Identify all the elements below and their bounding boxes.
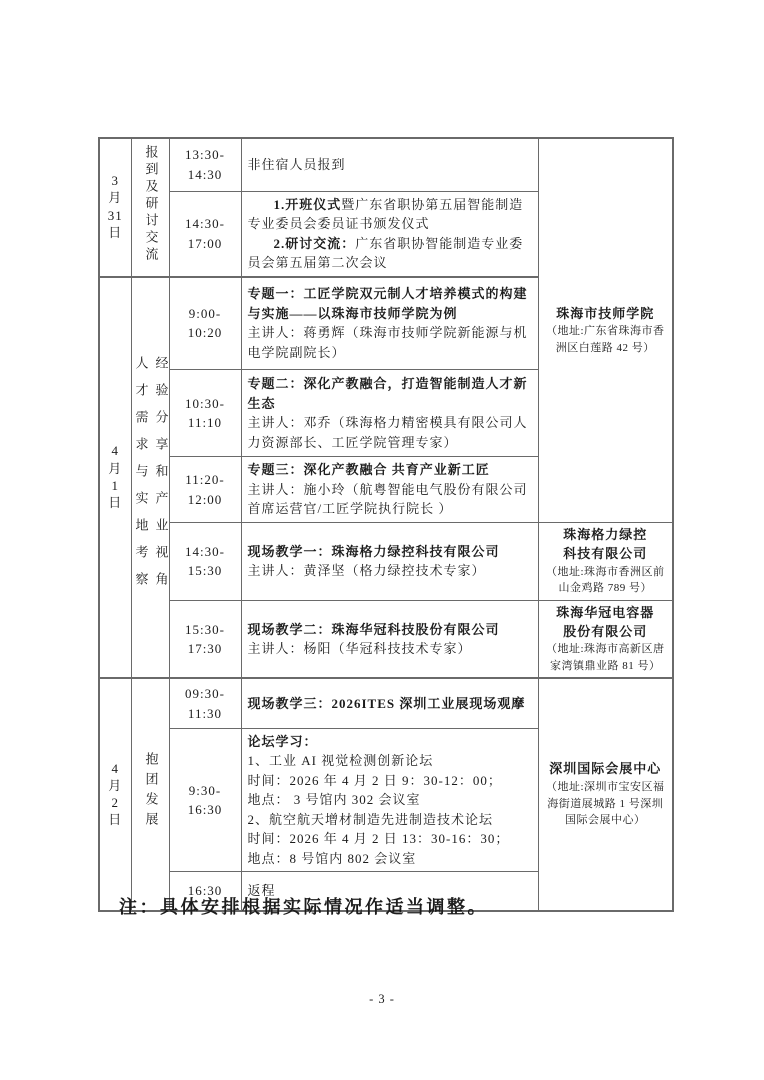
time-cell: 10:30-11:10: [169, 370, 241, 457]
forum-line: 2、航空航天增材制造先进制造技术论坛: [248, 810, 532, 830]
venue-cell-huaguan-capacitor: 珠海华冠电容器 股份有限公司 （地址:珠海市高新区唐家湾镇鼎业路 81 号）: [538, 600, 673, 678]
category-vertical-text: 报到及研讨交流: [143, 145, 158, 264]
activity-speaker: 主讲人：黄泽坚（格力绿控技术专家）: [248, 561, 532, 581]
category-vertical-text: 人才需求与实地考察: [133, 356, 148, 599]
date-cell-apr1: 4 月 1 日: [99, 277, 131, 679]
date-part: 月: [108, 191, 122, 205]
category-vertical-text: 经验分享和产业视角: [153, 356, 168, 599]
date-part: 4: [112, 444, 120, 458]
date-part: 1: [112, 479, 120, 493]
date-part: 日: [108, 813, 122, 827]
activity-title: 专题一：工匠学院双元制人才培养模式的构建与实施——以珠海市技师学院为例: [248, 284, 532, 323]
time-cell: 15:30-17:30: [169, 600, 241, 678]
activity-item-lead: 1.开班仪式: [274, 197, 342, 212]
activity-title: 现场教学三：2026ITES 深圳工业展现场观摩: [248, 694, 532, 714]
venue-name: 深圳国际会展中心: [545, 760, 667, 779]
activity-text: 非住宿人员报到: [248, 155, 532, 175]
activity-item: 2.研讨交流：广东省职协智能制造专业委员会第五届第二次会议: [248, 234, 532, 273]
time-cell: 14:30-17:00: [169, 191, 241, 277]
venue-name: 珠海市技师学院: [545, 305, 667, 324]
forum-line: 时间：2026 年 4 月 2 日 13：30-16：30；: [248, 829, 532, 849]
activity-title: 现场教学二：珠海华冠科技股份有限公司: [248, 620, 532, 640]
activity-cell: 现场教学三：2026ITES 深圳工业展现场观摩: [241, 678, 538, 728]
activity-title: 现场教学一：珠海格力绿控科技有限公司: [248, 542, 532, 562]
activity-cell: 现场教学二：珠海华冠科技股份有限公司 主讲人：杨阳（华冠科技技术专家）: [241, 600, 538, 678]
forum-line: 地点： 3 号馆内 302 会议室: [248, 790, 532, 810]
forum-line: 时间：2026 年 4 月 2 日 9：30-12：00；: [248, 771, 532, 791]
activity-cell: 专题三：深化产教融合 共育产业新工匠 主讲人：施小玲（航粤智能电气股份有限公司首…: [241, 457, 538, 523]
category-cell-registration: 报到及研讨交流: [131, 138, 169, 277]
venue-name: 珠海格力绿控 科技有限公司: [545, 526, 667, 564]
activity-title: 专题三：深化产教融合 共育产业新工匠: [248, 460, 532, 480]
document-page: 3 月 31 日 报到及研讨交流 13:30-14:30 非住宿人员报到 珠海市…: [0, 0, 764, 1080]
time-cell: 14:30-15:30: [169, 523, 241, 601]
note-text: 注：具体安排根据实际情况作适当调整。: [119, 893, 679, 919]
activity-cell: 现场教学一：珠海格力绿控科技有限公司 主讲人：黄泽坚（格力绿控技术专家）: [241, 523, 538, 601]
category-cell-group-development: 抱团发展: [131, 678, 169, 911]
time-cell: 11:20-12:00: [169, 457, 241, 523]
date-part: 31: [108, 209, 123, 223]
time-cell: 13:30-14:30: [169, 138, 241, 191]
activity-cell: 1.开班仪式暨广东省职协第五届智能制造专业委员会委员证书颁发仪式 2.研讨交流：…: [241, 191, 538, 277]
venue-cell-shenzhen-convention-center: 深圳国际会展中心 （地址:深圳市宝安区福海街道展城路 1 号深圳国际会展中心）: [538, 678, 673, 911]
category-columns: 人才需求与实地考察 经验分享和产业视角: [138, 356, 163, 599]
activity-cell: 专题二：深化产教融合，打造智能制造人才新生态 主讲人：邓乔（珠海格力精密模具有限…: [241, 370, 538, 457]
date-part: 月: [108, 779, 122, 793]
venue-address: （地址:珠海市高新区唐家湾镇鼎业路 81 号）: [545, 641, 667, 674]
date-part: 3: [112, 174, 120, 188]
category-cell-experience-sharing: 人才需求与实地考察 经验分享和产业视角: [131, 277, 169, 679]
venue-address: （地址:广东省珠海市香洲区白莲路 42 号）: [545, 323, 667, 356]
activity-speaker: 主讲人：施小玲（航粤智能电气股份有限公司首席运营官/工匠学院执行院长 ）: [248, 480, 532, 519]
activity-speaker: 主讲人：邓乔（珠海格力精密模具有限公司人力资源部长、工匠学院管理专家）: [248, 413, 532, 452]
date-cell-apr2: 4 月 2 日: [99, 678, 131, 911]
activity-cell: 专题一：工匠学院双元制人才培养模式的构建与实施——以珠海市技师学院为例 主讲人：…: [241, 277, 538, 370]
venue-address: （地址:深圳市宝安区福海街道展城路 1 号深圳国际会展中心）: [545, 779, 667, 829]
date-vertical-text: 3 月 31 日: [106, 174, 125, 240]
date-part: 4: [112, 762, 120, 776]
activity-speaker: 主讲人：杨阳（华冠科技技术专家）: [248, 639, 532, 659]
activity-speaker: 主讲人：蒋勇辉（珠海市技师学院新能源与机电学院副院长）: [248, 323, 532, 362]
activity-cell: 非住宿人员报到: [241, 138, 538, 191]
time-cell: 9:00-10:20: [169, 277, 241, 370]
page-number: - 3 -: [0, 992, 764, 1007]
activity-item: 1.开班仪式暨广东省职协第五届智能制造专业委员会委员证书颁发仪式: [248, 195, 532, 234]
date-vertical-text: 4 月 1 日: [106, 444, 125, 510]
category-vertical-text: 抱团发展: [143, 752, 158, 832]
venue-name: 珠海华冠电容器 股份有限公司: [545, 604, 667, 642]
activity-lead: 论坛学习：: [248, 732, 532, 752]
date-part: 日: [108, 226, 122, 240]
venue-cell-gree-green-control: 珠海格力绿控 科技有限公司 （地址:珠海市香洲区前山金鸡路 789 号）: [538, 523, 673, 601]
time-cell: 9:30-16:30: [169, 728, 241, 872]
activity-item-lead: 2.研讨交流：: [274, 236, 356, 251]
date-part: 日: [108, 496, 122, 510]
venue-cell-zhuhai-technician-college: 珠海市技师学院 （地址:广东省珠海市香洲区白莲路 42 号）: [538, 138, 673, 523]
forum-line: 地点：8 号馆内 802 会议室: [248, 849, 532, 869]
forum-line: 1、工业 AI 视觉检测创新论坛: [248, 751, 532, 771]
date-vertical-text: 4 月 2 日: [106, 762, 125, 828]
date-part: 月: [108, 462, 122, 476]
venue-address: （地址:珠海市香洲区前山金鸡路 789 号）: [545, 564, 667, 597]
date-cell-mar31: 3 月 31 日: [99, 138, 131, 277]
activity-cell: 论坛学习： 1、工业 AI 视觉检测创新论坛 时间：2026 年 4 月 2 日…: [241, 728, 538, 872]
date-part: 2: [112, 796, 120, 810]
schedule-table: 3 月 31 日 报到及研讨交流 13:30-14:30 非住宿人员报到 珠海市…: [98, 137, 674, 912]
time-cell: 09:30-11:30: [169, 678, 241, 728]
activity-title: 专题二：深化产教融合，打造智能制造人才新生态: [248, 374, 532, 413]
